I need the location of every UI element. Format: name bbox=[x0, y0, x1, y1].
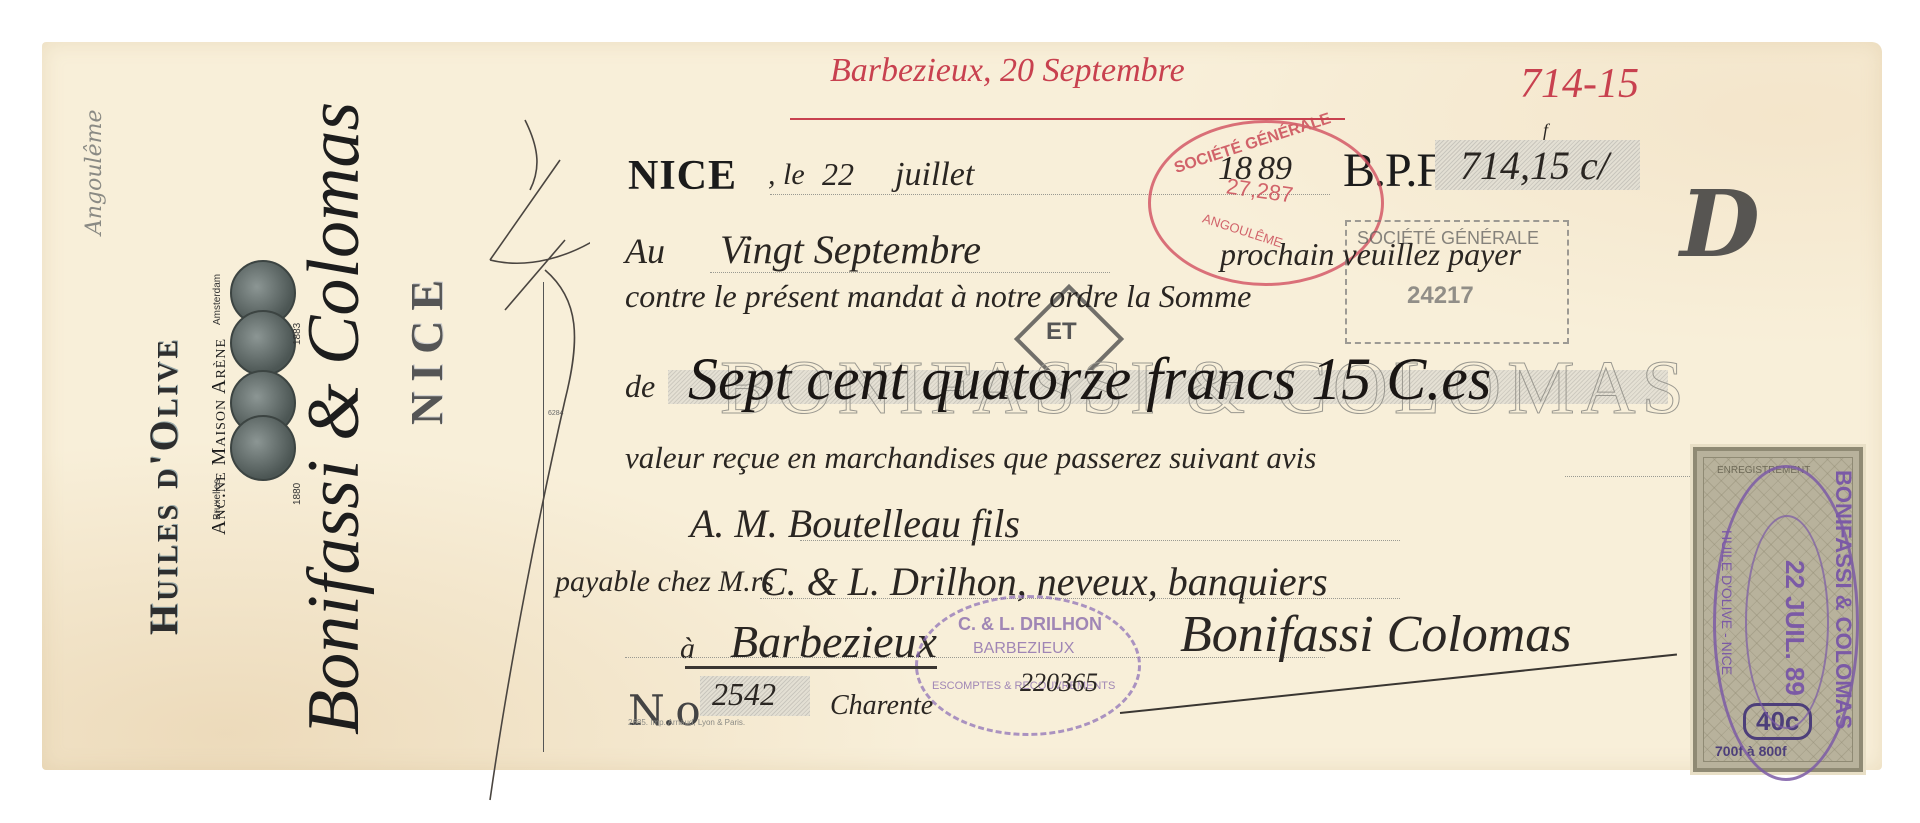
large-mark: D bbox=[1680, 170, 1760, 278]
date-day: 22 bbox=[822, 156, 854, 193]
due-date: Vingt Septembre bbox=[720, 226, 981, 273]
drilhon-purple-stamp: C. & L. DRILHON BARBEZIEUX ESCOMPTES & R… bbox=[915, 595, 1141, 736]
medal-city-bruxelles: Bruxelles bbox=[212, 479, 223, 520]
letterhead-product: Huiles d'Olive bbox=[140, 337, 187, 635]
line4: valeur reçue en marchandises que passere… bbox=[625, 440, 1316, 476]
line2: contre le présent mandat à notre ordre l… bbox=[625, 278, 1251, 315]
exhibition-medals bbox=[230, 250, 300, 490]
payable-place: Barbezieux bbox=[730, 615, 937, 668]
signature: Bonifassi Colomas bbox=[1180, 605, 1572, 664]
pencil-note: Angoulême bbox=[82, 110, 107, 236]
line1-suffix: prochain veuillez payer bbox=[1220, 236, 1521, 273]
line4-dotline bbox=[1565, 476, 1690, 477]
line3-prefix: de bbox=[625, 368, 655, 405]
payable-place-prefix: à bbox=[680, 632, 695, 666]
medal-icon bbox=[230, 310, 296, 376]
company-cancel-date: 22 JUIL. 89 bbox=[1779, 560, 1810, 696]
amount-figures: 714,15 c/ bbox=[1460, 142, 1609, 189]
amount-words: Sept cent quatorze francs 15 C.es bbox=[688, 345, 1491, 414]
letterhead-company-name: Bonifassi & Colomas bbox=[292, 102, 377, 735]
line1-prefix: Au bbox=[625, 230, 665, 272]
place-printed: NICE bbox=[628, 152, 737, 200]
place-suffix: , le bbox=[768, 158, 805, 192]
diamond-mark-text: ET bbox=[1046, 318, 1077, 346]
company-cancel-inner-text: HUILE D'OLIVE - NICE bbox=[1719, 530, 1735, 675]
due-date-line bbox=[710, 272, 1110, 273]
letterhead-city: NICE bbox=[400, 270, 453, 425]
pen-flourish-icon bbox=[470, 110, 590, 810]
number-value: 2542 bbox=[712, 676, 776, 713]
ref-number: 220365 bbox=[1020, 668, 1098, 698]
medal-city-amsterdam: Amsterdam bbox=[212, 274, 223, 325]
number-label: N.o bbox=[628, 686, 701, 735]
payable-bank-line bbox=[760, 598, 1400, 599]
company-cancel-outer-text: BONIFASSI & COLOMAS bbox=[1830, 470, 1856, 729]
medal-icon bbox=[230, 415, 296, 481]
drawee-line bbox=[800, 540, 1400, 541]
payable-place-underline bbox=[685, 666, 937, 669]
payable-region: Charente bbox=[830, 690, 933, 722]
amount-francs-mark: f bbox=[1543, 120, 1548, 141]
printer-credit: 2685. Imp. Arnaud, Lyon & Paris. bbox=[628, 718, 745, 727]
date-month: juillet bbox=[895, 156, 974, 194]
red-amount-note: 714-15 bbox=[1520, 60, 1639, 108]
red-endorsement: Barbezieux, 20 Septembre bbox=[830, 52, 1185, 90]
